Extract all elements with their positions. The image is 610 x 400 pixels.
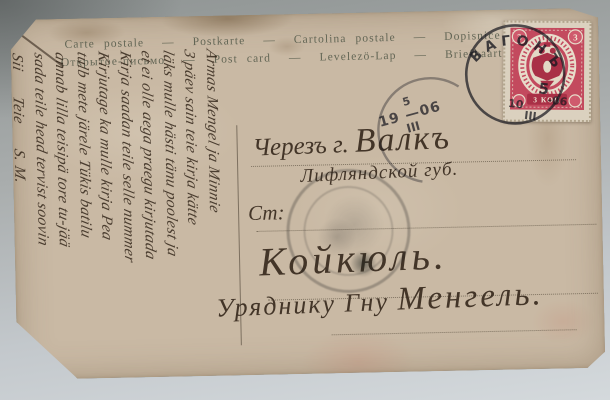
postcard-photo: Carte postale — Postkarte — Cartolina po… — [0, 0, 610, 400]
railway-postmark-year: -06 — [547, 93, 569, 108]
recipient-title: Уряднику Гну — [216, 287, 398, 323]
address-line-station-label: Ст: — [248, 200, 285, 226]
address-via-prefix: Черезъ г. — [252, 131, 355, 162]
handwritten-message: Armas Mengel ja Minnie 3 päev sain teie … — [10, 47, 229, 381]
railway-postmark-month: III — [524, 109, 538, 123]
address-rule-4 — [332, 329, 577, 335]
postcard: Carte postale — Postkarte — Cartolina po… — [10, 8, 605, 380]
smudged-postmark-inner-ring — [303, 185, 395, 277]
railway-postmark-day: 10 — [507, 97, 524, 112]
recipient-name: Менгель. — [397, 276, 545, 318]
